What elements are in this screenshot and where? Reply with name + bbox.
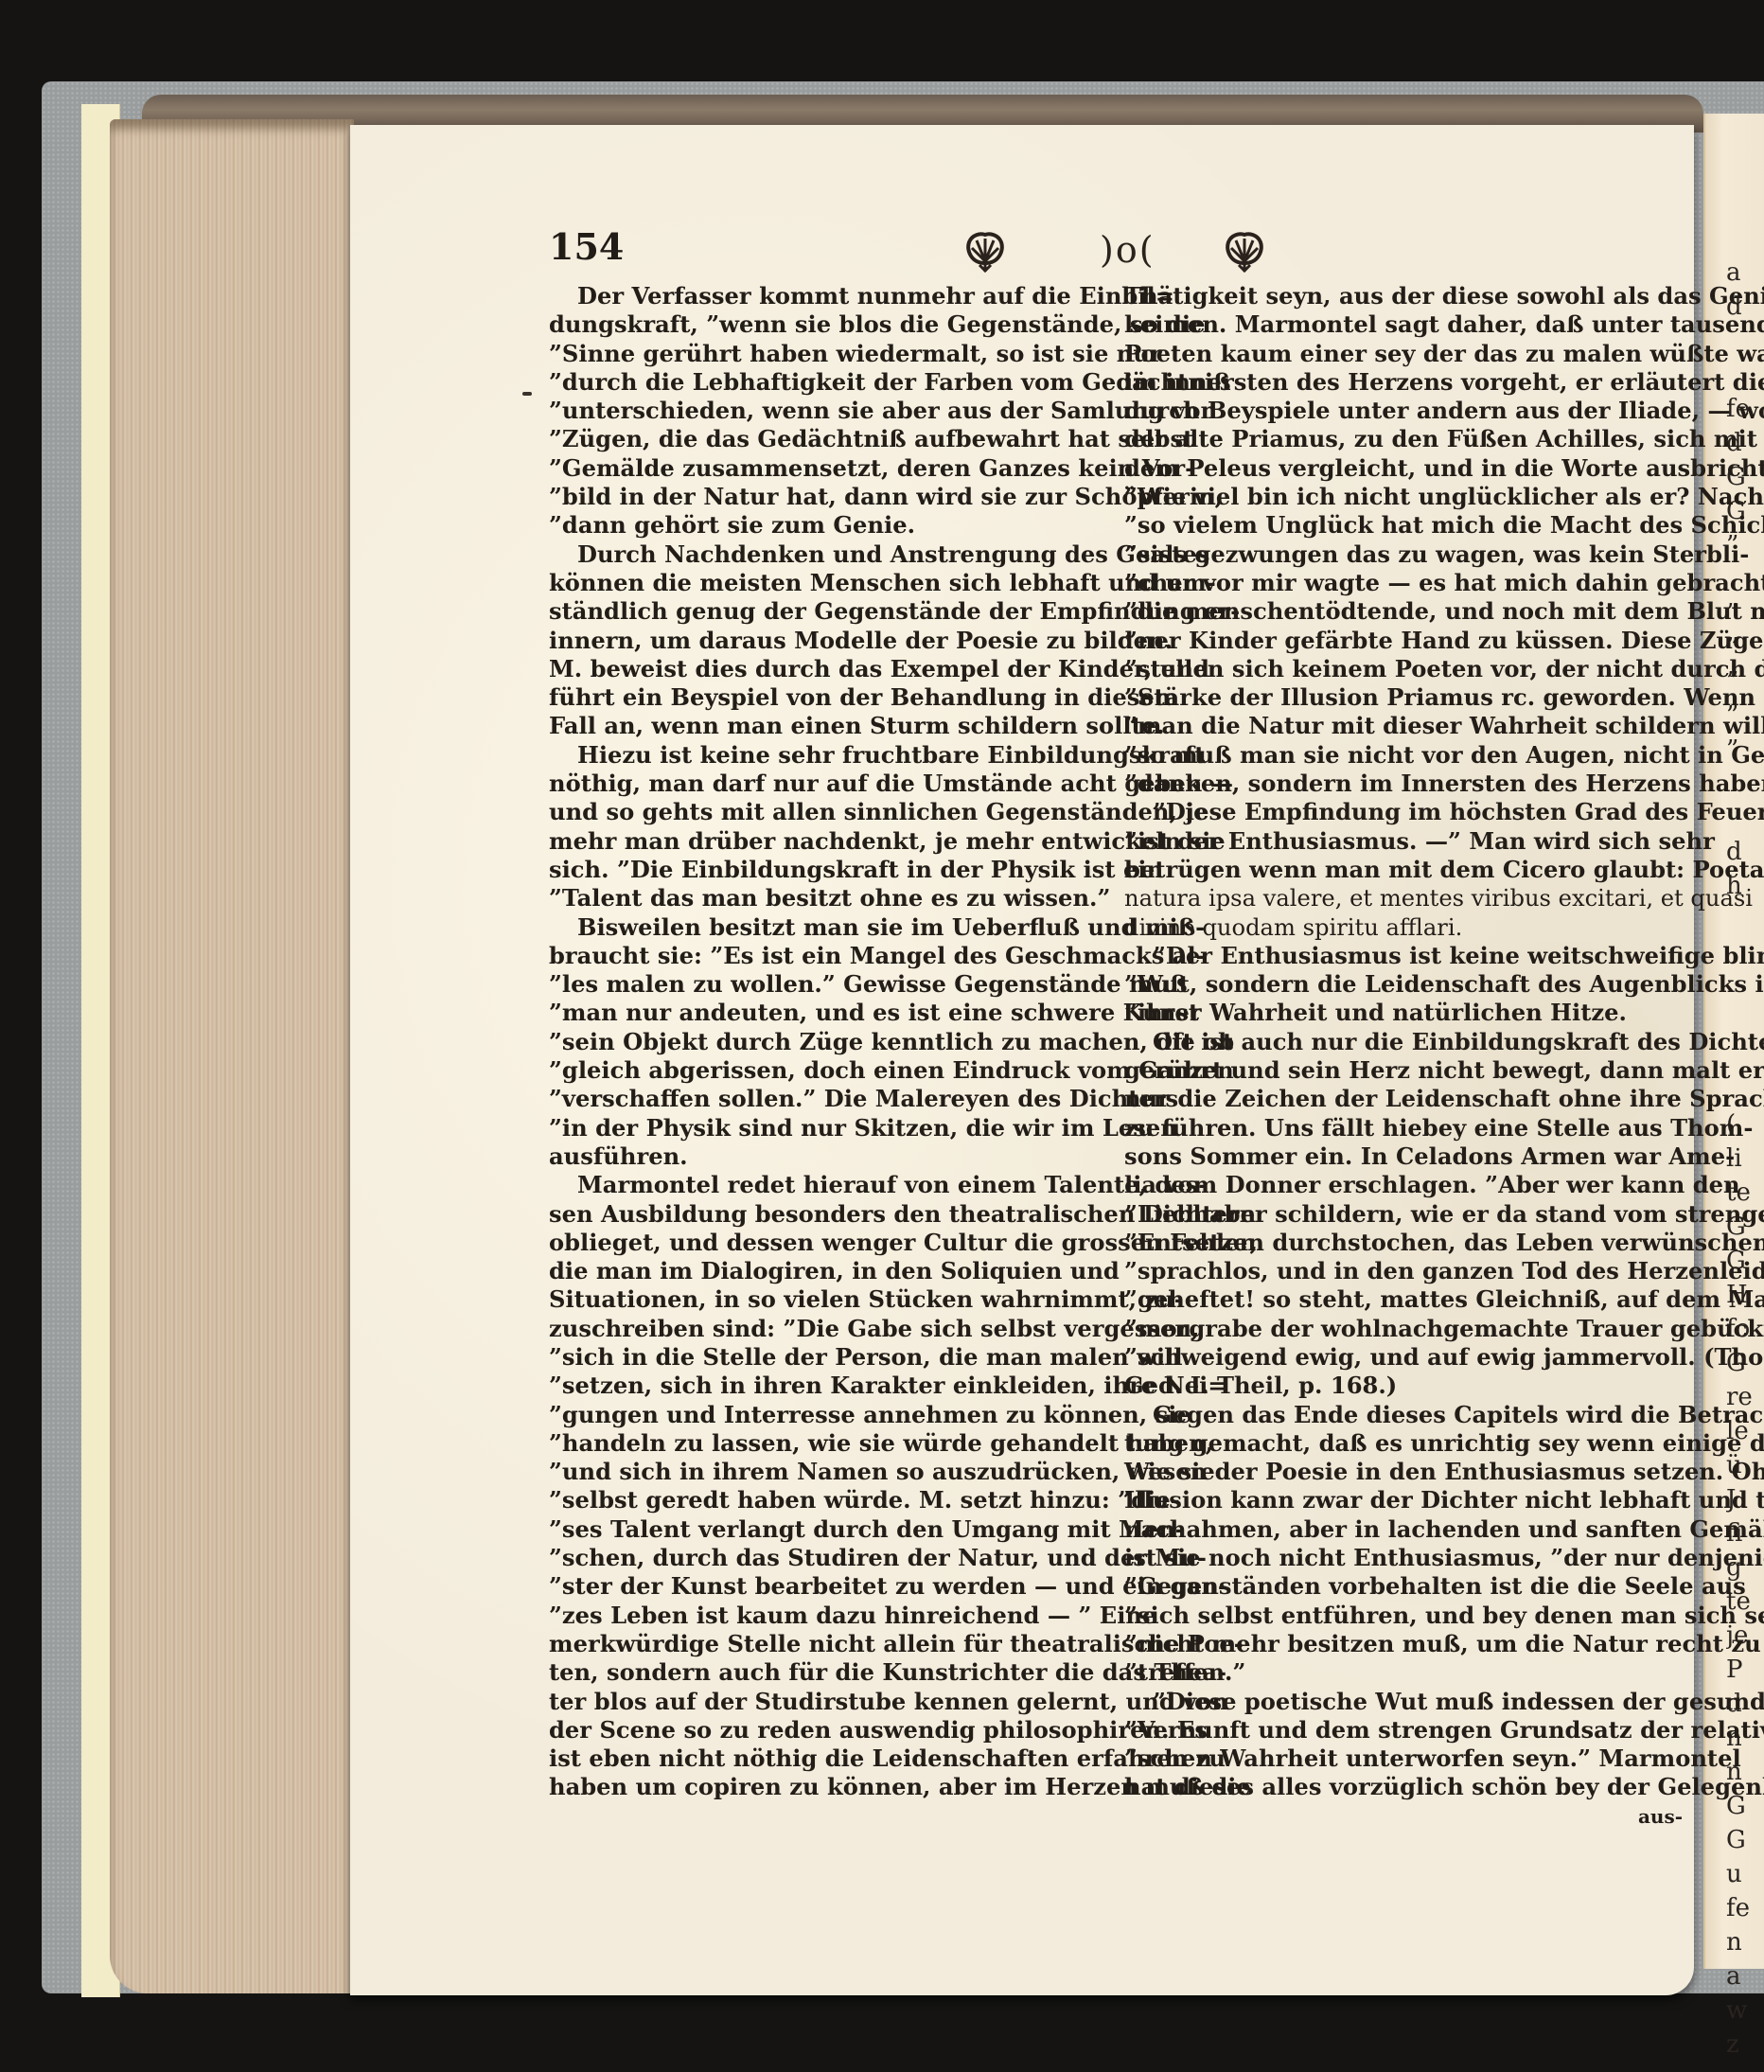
text-line: ”zes Leben ist kaum dazu hinreichend — ”… xyxy=(549,1602,1107,1630)
text-line: zu führen. Uns fällt hiebey eine Stelle … xyxy=(1124,1114,1683,1142)
text-line: Thätigkeit seyn, aus der diese sowohl al… xyxy=(1124,282,1683,310)
text-line: natura ipsa valere, et mentes viribus ex… xyxy=(1124,884,1683,912)
shell-ornament-icon xyxy=(963,229,1007,281)
text-line: dem Peleus vergleicht, und in die Worte … xyxy=(1124,454,1683,483)
text-line: ”danken, sondern im Innersten des Herzen… xyxy=(1124,770,1683,798)
text-line: ”Vernunft und dem strengen Grundsatz der… xyxy=(1124,1716,1683,1744)
text-line: Hiezu ist keine sehr fruchtbare Einbildu… xyxy=(549,741,1107,770)
text-line: nachahmen, aber in lachenden und sanften… xyxy=(1124,1515,1683,1544)
text-line: innern, um daraus Modelle der Poesie zu … xyxy=(549,627,1107,655)
text-line: durch Beyspiele unter andern aus der Ili… xyxy=(1124,397,1683,425)
text-line: ”Gegenständen vorbehalten ist die die Se… xyxy=(1124,1572,1683,1601)
text-line: ”gleich abgerissen, doch einen Eindruck … xyxy=(549,1056,1107,1085)
text-line: Wesen der Poesie in den Enthusiasmus set… xyxy=(1124,1458,1683,1486)
text-line: ist sie noch nicht Enthusiasmus, ”der nu… xyxy=(1124,1544,1683,1572)
text-line: Ged. I. Theil, p. 168.) xyxy=(1124,1372,1683,1400)
text-line: dungskraft, ”wenn sie blos die Gegenstän… xyxy=(549,310,1107,339)
text-line: ”Wie viel bin ich nicht unglücklicher al… xyxy=(1124,483,1683,511)
text-line: ”setzen, sich in ihren Karakter einkleid… xyxy=(549,1372,1107,1400)
text-line: zuschreiben sind: ”Die Gabe sich selbst … xyxy=(549,1315,1107,1343)
text-line: ”in der Physik sind nur Skitzen, die wir… xyxy=(549,1114,1107,1142)
text-line: lia vom Donner erschlagen. ”Aber wer kan… xyxy=(1124,1171,1683,1199)
text-line: ”ses Talent verlangt durch den Umgang mi… xyxy=(549,1515,1107,1544)
text-line: ”sein Objekt durch Züge kenntlich zu mac… xyxy=(549,1028,1107,1056)
text-line: merkwürdige Stelle nicht allein für thea… xyxy=(549,1630,1107,1658)
text-line: Poeten kaum einer sey der das zu malen w… xyxy=(1124,340,1683,368)
text-line: Oft ist auch nur die Einbildungskraft de… xyxy=(1124,1028,1683,1056)
shell-ornament-icon xyxy=(1223,229,1266,281)
text-line: und so gehts mit allen sinnlichen Gegens… xyxy=(549,798,1107,826)
text-line: Situationen, in so vielen Stücken wahrni… xyxy=(549,1285,1107,1314)
text-line: nur die Zeichen der Leidenschaft ohne ih… xyxy=(1124,1085,1683,1113)
text-line: ”selbst geredt haben würde. M. setzt hin… xyxy=(549,1486,1107,1514)
text-line: die man im Dialogiren, in den Soliquien … xyxy=(549,1257,1107,1285)
text-line: ”Der Enthusiasmus ist keine weitschweifi… xyxy=(1124,942,1683,970)
text-line: ”Gemälde zusammensetzt, deren Ganzes kei… xyxy=(549,454,1107,483)
text-line: ausführen. xyxy=(549,1142,1107,1171)
text-line: sich. ”Die Einbildungskraft in der Physi… xyxy=(549,856,1107,884)
text-line: Illusion kann zwar der Dichter nicht leb… xyxy=(1124,1486,1683,1514)
text-line: ”bild in der Natur hat, dann wird sie zu… xyxy=(549,483,1107,511)
text-line: ”ihrer Wahrheit und natürlichen Hitze. xyxy=(1124,999,1683,1027)
text-line: ”morgrabe der wohlnachgemachte Trauer ge… xyxy=(1124,1315,1683,1343)
text-line: ”und sich in ihrem Namen so auszudrücken… xyxy=(549,1458,1107,1486)
text-line: ”verschaffen sollen.” Die Malereyen des … xyxy=(549,1085,1107,1113)
page-number: 154 xyxy=(549,225,624,268)
text-line: ”Entsetzen durchstochen, das Leben verwü… xyxy=(1124,1229,1683,1257)
text-line: ”sich in die Stelle der Person, die man … xyxy=(549,1343,1107,1372)
text-line: ”ner Kinder gefärbte Hand zu küssen. Die… xyxy=(1124,627,1683,655)
text-line: braucht sie: ”Es ist ein Mangel des Gesc… xyxy=(549,942,1107,970)
text-line: können die meisten Menschen sich lebhaft… xyxy=(549,569,1107,597)
text-line: sons Sommer ein. In Celadons Armen war A… xyxy=(1124,1142,1683,1171)
text-line: ”schen, durch das Studiren der Natur, un… xyxy=(549,1544,1107,1572)
text-line: ”sals gezwungen das zu wagen, was kein S… xyxy=(1124,540,1683,569)
text-line: betrügen wenn man mit dem Cicero glaubt:… xyxy=(1124,856,1683,884)
text-line: ”durch die Lebhaftigkeit der Farben vom … xyxy=(549,368,1107,397)
text-line: ”treffen.” xyxy=(1124,1658,1683,1687)
text-line: ständlich genug der Gegenstände der Empf… xyxy=(549,597,1107,626)
text-line: ”Wut, sondern die Leidenschaft des Augen… xyxy=(1124,970,1683,999)
right-text-column: Thätigkeit seyn, aus der diese sowohl al… xyxy=(1124,282,1683,1831)
text-line: ”ster der Kunst bearbeitet zu werden — u… xyxy=(549,1572,1107,1601)
text-line: hat dieses alles vorzüglich schön bey de… xyxy=(1124,1773,1683,1801)
text-line: ”unterschieden, wenn sie aber aus der Sa… xyxy=(549,397,1107,425)
text-line: ”handeln zu lassen, wie sie würde gehand… xyxy=(549,1429,1107,1458)
text-line: ”man die Natur mit dieser Wahrheit schil… xyxy=(1124,712,1683,740)
text-line: M. beweist dies durch das Exempel der Ki… xyxy=(549,655,1107,683)
text-line: gerührt und sein Herz nicht bewegt, dann… xyxy=(1124,1056,1683,1085)
text-line: ”Diese Empfindung im höchsten Grad des F… xyxy=(1124,798,1683,826)
text-line: tung gemacht, daß es unrichtig sey wenn … xyxy=(1124,1429,1683,1458)
text-line: ten, sondern auch für die Kunstrichter d… xyxy=(549,1658,1107,1687)
header-center-ornament: )o( xyxy=(1100,229,1155,271)
text-line: Durch Nachdenken und Anstrengung des Gei… xyxy=(549,540,1107,569)
text-line: ”stellen sich keinem Poeten vor, der nic… xyxy=(1124,655,1683,683)
text-line: divino quodam spiritu afflari. xyxy=(1124,913,1683,942)
text-line: Marmontel redet hierauf von einem Talent… xyxy=(549,1171,1107,1199)
text-line: ”Sinne gerührt haben wiedermalt, so ist … xyxy=(549,340,1107,368)
left-text-column: Der Verfasser kommt nunmehr auf die Einb… xyxy=(549,282,1107,1802)
text-line: Bisweilen besitzt man sie im Ueberfluß u… xyxy=(549,913,1107,942)
text-line: ”Zügen, die das Gedächtniß aufbewahrt ha… xyxy=(549,425,1107,453)
running-header: 154 )o( xyxy=(549,225,1675,282)
text-line: oblieget, und dessen wenger Cultur die g… xyxy=(549,1229,1107,1257)
text-line: keimen. Marmontel sagt daher, daß unter … xyxy=(1124,310,1683,339)
text-line: ”geheftet! so steht, mattes Gleichniß, a… xyxy=(1124,1285,1683,1314)
text-line: mehr man drüber nachdenkt, je mehr entwi… xyxy=(549,827,1107,856)
text-line: ”dann gehört sie zum Genie. xyxy=(549,511,1107,540)
text-line: haben um copiren zu können, aber im Herz… xyxy=(549,1773,1107,1801)
text-line: der alte Priamus, zu den Füßen Achilles,… xyxy=(1124,425,1683,453)
text-line: Fall an, wenn man einen Sturm schildern … xyxy=(549,712,1107,740)
text-line: Gegen das Ende dieses Capitels wird die … xyxy=(1124,1401,1683,1429)
text-line: ”so muß man sie nicht vor den Augen, nic… xyxy=(1124,741,1683,770)
text-line: ”les malen zu wollen.” Gewisse Gegenstän… xyxy=(549,970,1107,999)
text-line: ”sprachlos, und in den ganzen Tod des He… xyxy=(1124,1257,1683,1285)
text-line: ”cher vor mir wagte — es hat mich dahin … xyxy=(1124,569,1683,597)
text-line: ”nicht mehr besitzen muß, um die Natur r… xyxy=(1124,1630,1683,1658)
text-line: ”schen Wahrheit unterworfen seyn.” Marmo… xyxy=(1124,1744,1683,1773)
text-line: ter blos auf der Studirstube kennen gele… xyxy=(549,1688,1107,1716)
margin-mark xyxy=(522,392,532,396)
text-line: führt ein Beyspiel von der Behandlung in… xyxy=(549,683,1107,712)
text-line: der Scene so zu reden auswendig philosop… xyxy=(549,1716,1107,1744)
text-line: ”man nur andeuten, und es ist eine schwe… xyxy=(549,999,1107,1027)
text-line: Der Verfasser kommt nunmehr auf die Einb… xyxy=(549,282,1107,310)
text-line: ”Stärke der Illusion Priamus rc. geworde… xyxy=(1124,683,1683,712)
text-line: ”ist der Enthusiasmus. —” Man wird sich … xyxy=(1124,827,1683,856)
catchword: aus- xyxy=(1124,1802,1683,1831)
text-line: ”die menschentödtende, und noch mit dem … xyxy=(1124,597,1683,626)
text-line: ”Liebhaber schildern, wie er da stand vo… xyxy=(1124,1200,1683,1229)
text-line: ”gungen und Interresse annehmen zu könne… xyxy=(549,1401,1107,1429)
text-line: ”Diese poetische Wut muß indessen der ge… xyxy=(1124,1688,1683,1716)
page-fore-edges xyxy=(110,119,354,1993)
text-line: nöthig, man darf nur auf die Umstände ac… xyxy=(549,770,1107,798)
text-line: sen Ausbildung besonders den theatralisc… xyxy=(549,1200,1107,1229)
text-line: ”Talent das man besitzt ohne es zu wisse… xyxy=(549,884,1107,912)
text-line: ”so vielem Unglück hat mich die Macht de… xyxy=(1124,511,1683,540)
text-line: ist eben nicht nöthig die Leidenschaften… xyxy=(549,1744,1107,1773)
text-line: im innersten des Herzens vorgeht, er erl… xyxy=(1124,368,1683,397)
text-line: ”schweigend ewig, und auf ewig jammervol… xyxy=(1124,1343,1683,1372)
text-line: ”sich selbst entführen, und bey denen ma… xyxy=(1124,1602,1683,1630)
